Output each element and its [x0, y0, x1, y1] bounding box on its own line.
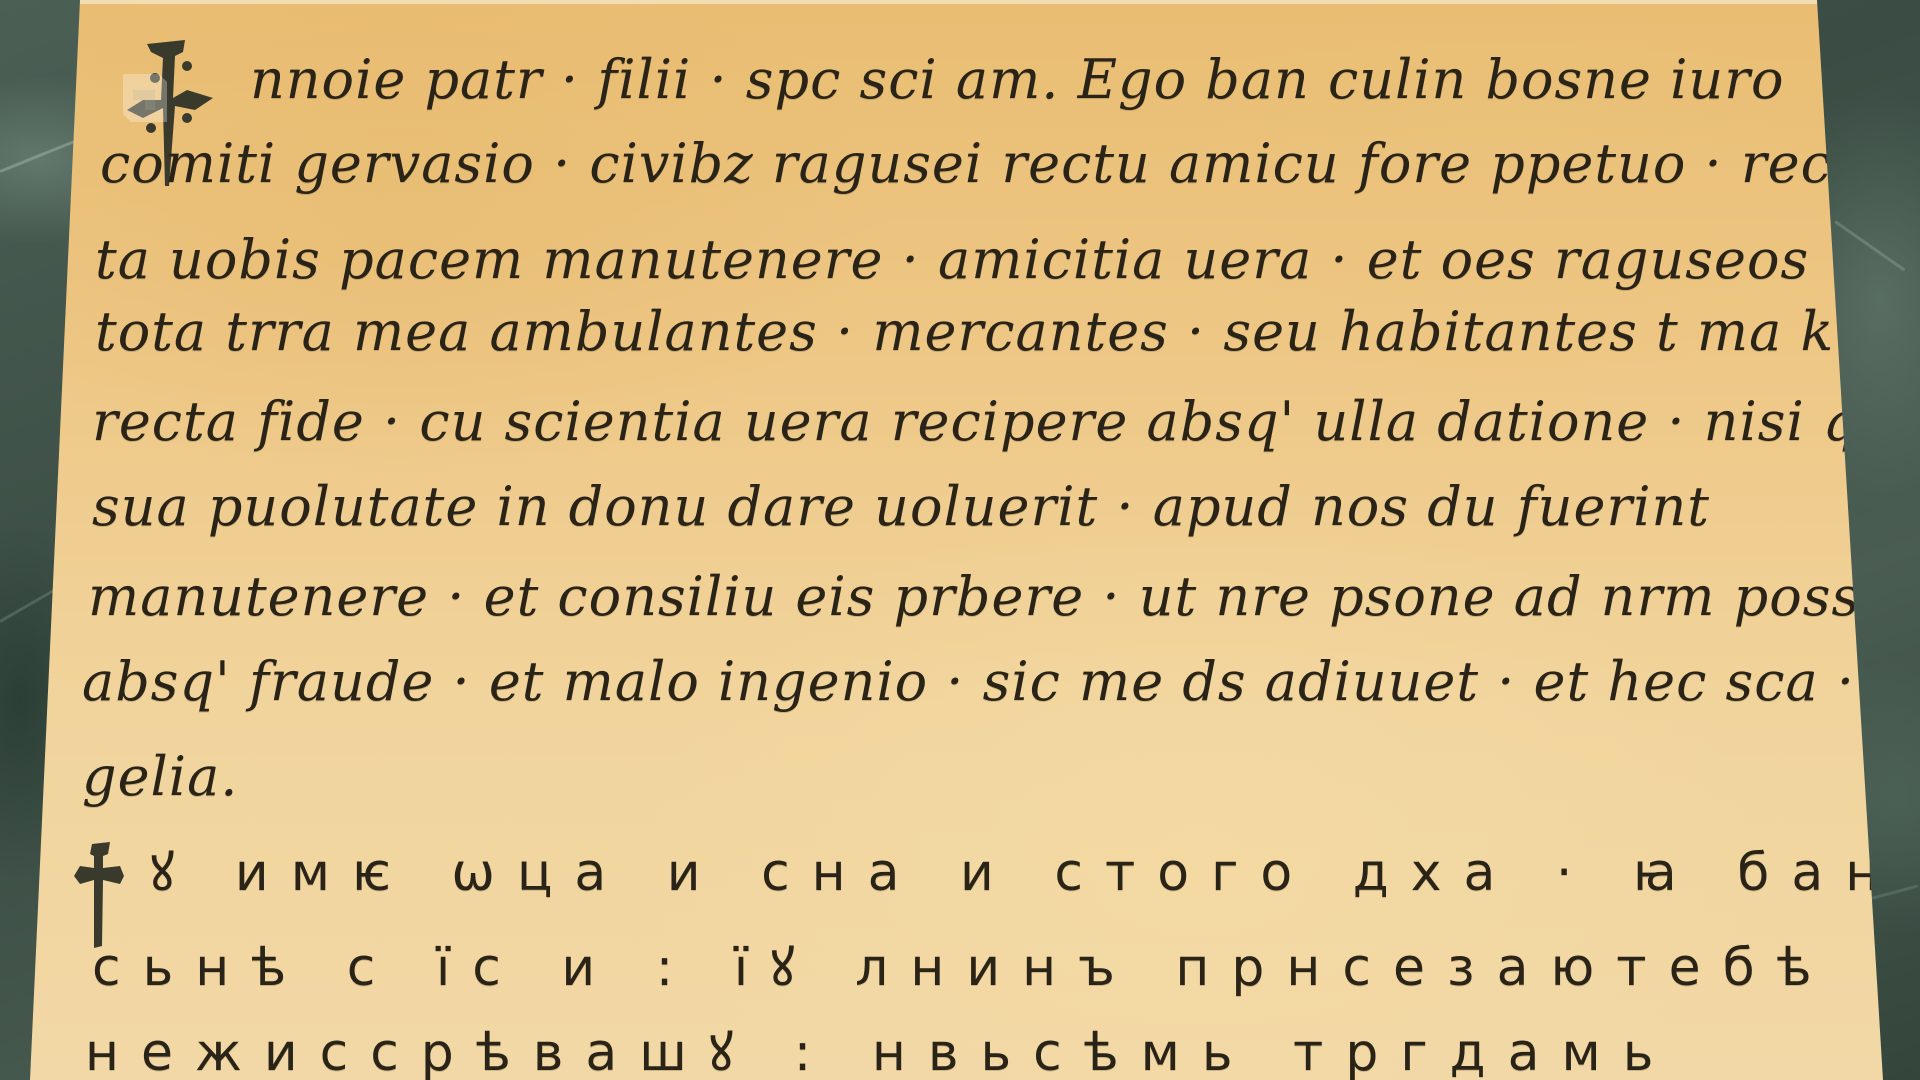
tv-channel-logo-icon: [115, 70, 175, 130]
parchment-charter: nnoie patr · filii · spc sci am. Ego ban…: [0, 0, 1920, 1080]
latin-text-line: comiti gervasio · civibz ragusei rectu a…: [100, 132, 1832, 195]
cyrillic-text-line: ꙋ имѥ ѡца и сна и стого дха · ꙗ банъ: [150, 835, 1920, 906]
cyrillic-text-line: нежиссрѣвашꙋ : нвьсѣмь тргдамь: [85, 1015, 1675, 1080]
latin-text-line: gelia.: [82, 745, 238, 808]
latin-text-line: tota trra mea ambulantes · mercantes · s…: [95, 300, 1920, 363]
latin-text-line: absq' fraude · et malo ingenio · sic me …: [82, 650, 1920, 713]
photo-stage: nnoie patr · filii · spc sci am. Ego ban…: [0, 0, 1920, 1080]
latin-text-line: nnoie patr · filii · spc sci am. Ego ban…: [250, 48, 1785, 111]
latin-text-line: ta uobis pacem manutenere · amicitia uer…: [95, 228, 1809, 291]
cyrillic-text-line: сьнѣ с їс и : їꙋ лнинъ прнсезаютебѣ : к: [92, 930, 1920, 1001]
latin-text-line: sua puolutate in donu dare uoluerit · ap…: [92, 475, 1710, 538]
parchment-top-edge: [80, 0, 1817, 4]
marble-vein: [1834, 220, 1905, 271]
marble-vein: [0, 136, 84, 172]
latin-text-line: manutenere · et consiliu eis prbere · ut…: [88, 565, 1893, 628]
latin-text-line: recta fide · cu scientia uera recipere a…: [92, 390, 1887, 453]
